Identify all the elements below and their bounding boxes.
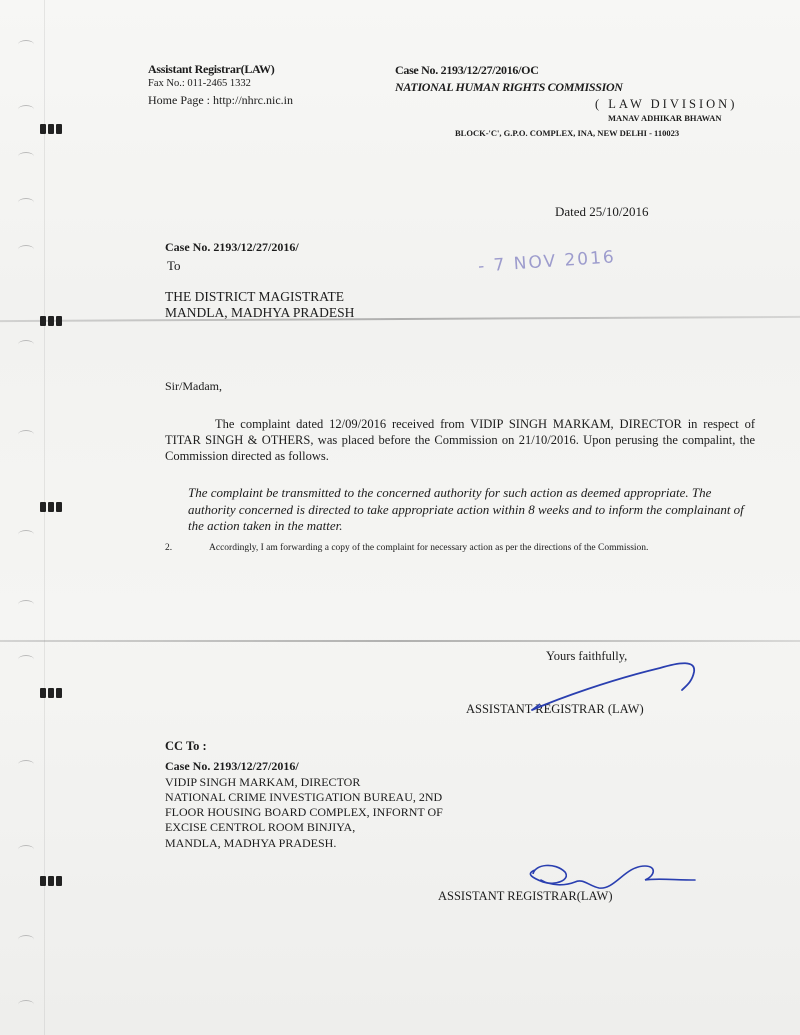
- punch-hole-mark: [18, 845, 34, 854]
- punch-hole-mark: [18, 1000, 34, 1009]
- cc-address-line: VIDIP SINGH MARKAM, DIRECTOR: [165, 775, 360, 790]
- punch-hole-mark: [18, 430, 34, 439]
- punch-hole-mark: [18, 340, 34, 349]
- organization-name: NATIONAL HUMAN RIGHTS COMMISSION: [395, 80, 623, 95]
- cc-address-line: EXCISE CENTROL ROOM BINJIYA,: [165, 820, 355, 835]
- binding-mark: [40, 688, 64, 698]
- signature-icon: [500, 650, 700, 720]
- punch-hole-mark: [18, 600, 34, 609]
- fax-number: Fax No.: 011-2465 1332: [148, 78, 251, 89]
- cc-signatory-title: ASSISTANT REGISTRAR(LAW): [438, 889, 613, 904]
- body-paragraph-1: The complaint dated 12/09/2016 received …: [165, 416, 755, 464]
- cc-address-line: MANDLA, MADHYA PRADESH.: [165, 836, 336, 851]
- binding-mark: [40, 124, 64, 134]
- binding-mark: [40, 876, 64, 886]
- to-label: To: [167, 258, 181, 274]
- cc-address-line: NATIONAL CRIME INVESTIGATION BUREAU, 2ND: [165, 790, 442, 805]
- recipient-line: MANDLA, MADHYA PRADESH: [165, 305, 354, 321]
- salutation: Sir/Madam,: [165, 379, 222, 394]
- header-case-number: Case No. 2193/12/27/2016/OC: [395, 63, 539, 78]
- letter-date: Dated 25/10/2016: [555, 204, 649, 220]
- binding-mark: [40, 316, 64, 326]
- punch-hole-mark: [18, 105, 34, 114]
- punch-hole-mark: [18, 655, 34, 664]
- body-paragraph-2: 2.Accordingly, I am forwarding a copy of…: [165, 542, 765, 555]
- sender-title: Assistant Registrar(LAW): [148, 62, 274, 77]
- paper-fold-line: [0, 640, 800, 642]
- received-date-stamp: - 7 NOV 2016: [477, 247, 616, 277]
- cc-label: CC To :: [165, 739, 207, 754]
- paper-fold-line: [0, 316, 800, 322]
- punch-hole-mark: [18, 935, 34, 944]
- scanned-letter-page: Assistant Registrar(LAW) Fax No.: 011-24…: [0, 0, 800, 1035]
- division-name: ( LAW DIVISION): [595, 97, 737, 112]
- punch-hole-mark: [18, 152, 34, 161]
- paragraph-number: 2.: [165, 542, 209, 555]
- building-name: MANAV ADHIKAR BHAWAN: [608, 113, 722, 123]
- punch-hole-mark: [18, 198, 34, 207]
- paragraph-2-text: Accordingly, I am forwarding a copy of t…: [209, 543, 648, 553]
- cc-case-number: Case No. 2193/12/27/2016/: [165, 759, 299, 774]
- punch-hole-mark: [18, 245, 34, 254]
- punch-hole-mark: [18, 760, 34, 769]
- punch-hole-mark: [18, 530, 34, 539]
- cc-address-line: FLOOR HOUSING BOARD COMPLEX, INFORNT OF: [165, 805, 443, 820]
- recipient-line: THE DISTRICT MAGISTRATE: [165, 289, 344, 305]
- homepage-url: Home Page : http://nhrc.nic.in: [148, 93, 293, 108]
- commission-directive: The complaint be transmitted to the conc…: [188, 485, 748, 535]
- punch-hole-mark: [18, 40, 34, 49]
- organization-address: BLOCK-'C', G.P.O. COMPLEX, INA, NEW DELH…: [455, 128, 679, 138]
- letter-case-number: Case No. 2193/12/27/2016/: [165, 240, 299, 255]
- binding-mark: [40, 502, 64, 512]
